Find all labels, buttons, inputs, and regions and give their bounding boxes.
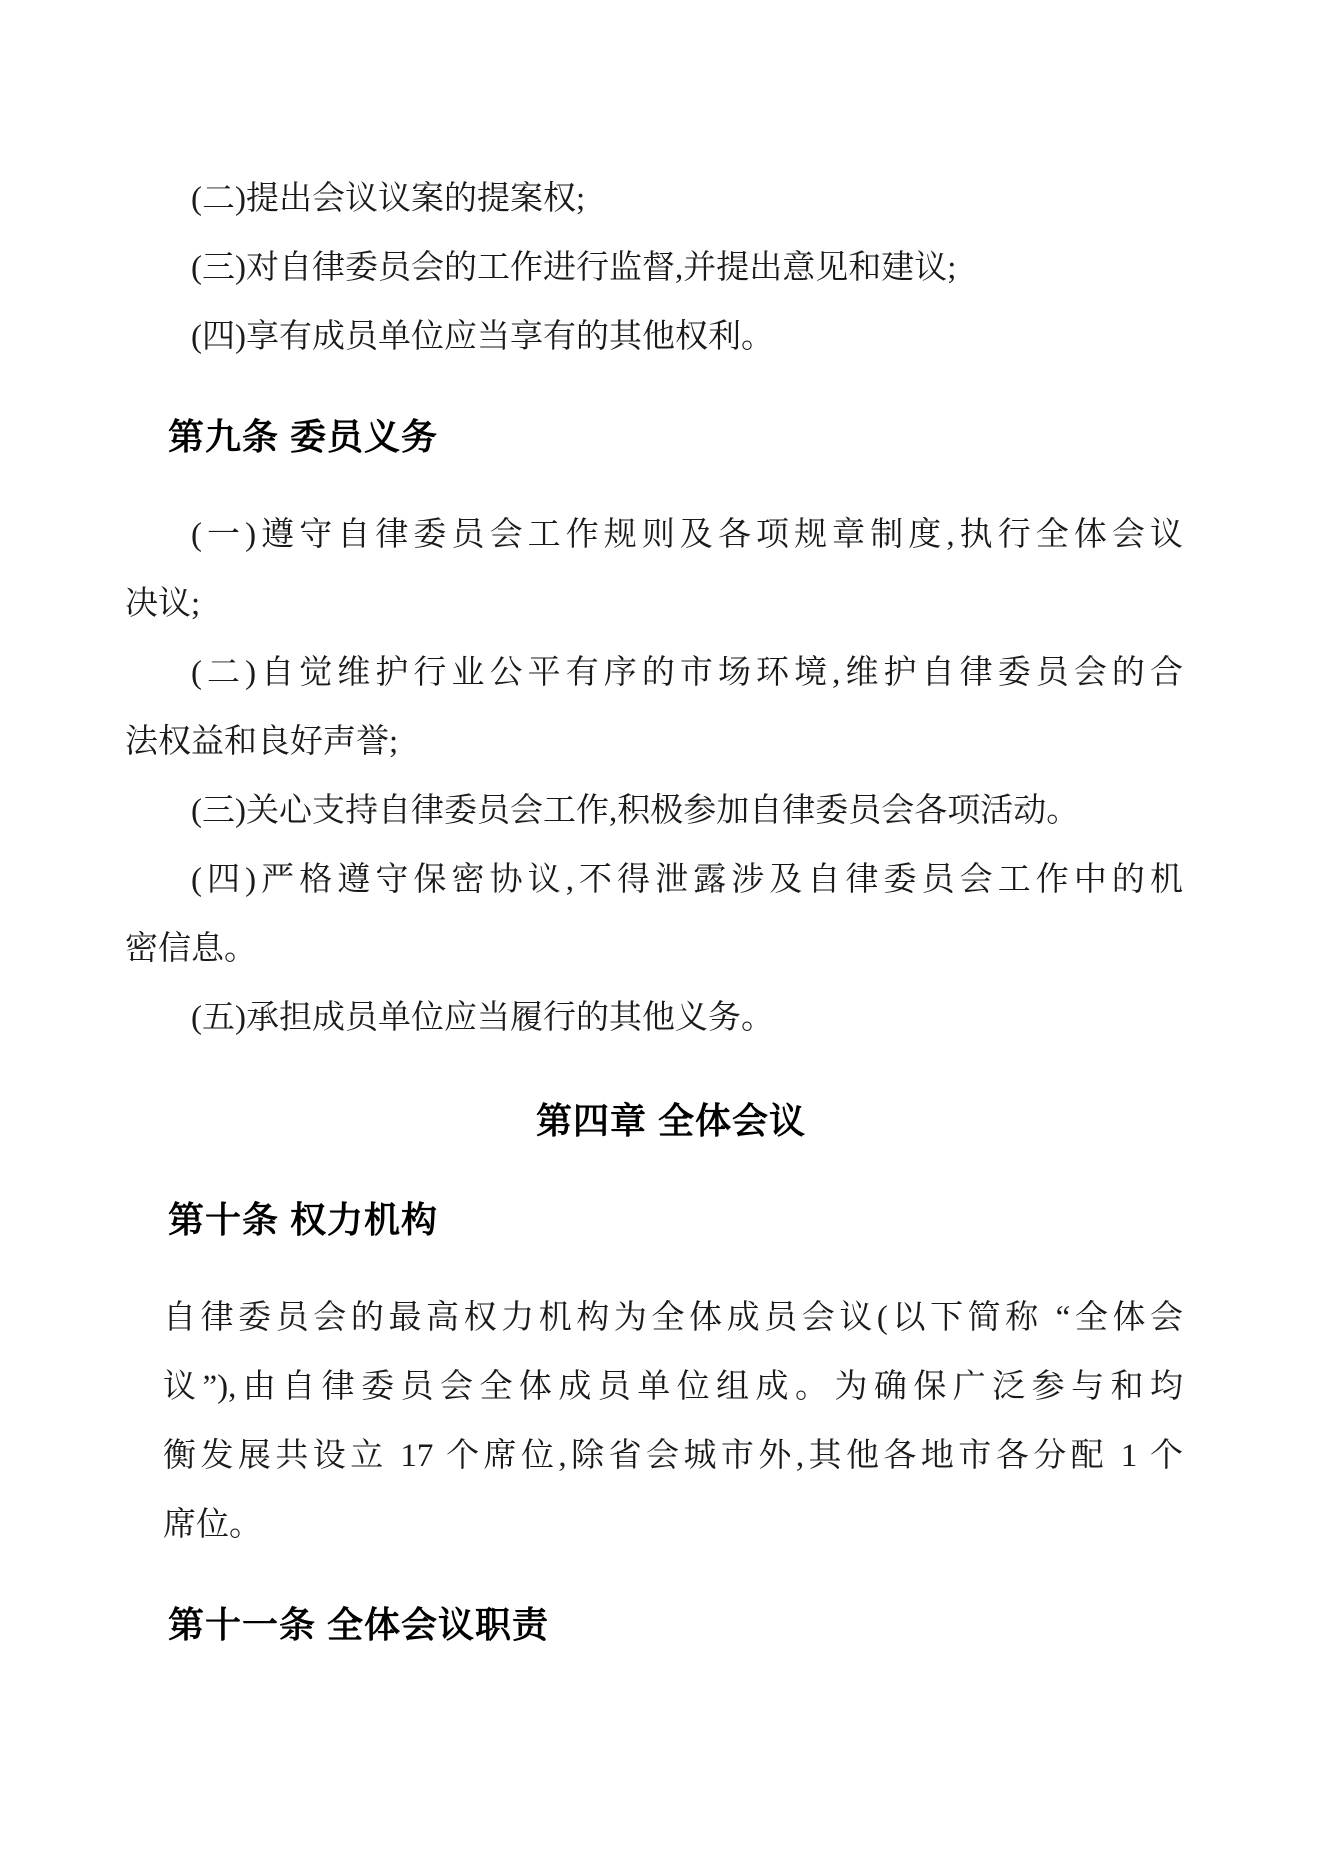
paragraph-line: 自律委员会的最高权力机构为全体成员会议(以下简称 “全体会 [163, 1284, 1183, 1353]
paragraph-line: (三)关心支持自律委员会工作,积极参加自律委员会各项活动。 [125, 777, 1183, 846]
paragraph-line: 法权益和良好声誉; [125, 708, 1183, 777]
paragraph-line: (五)承担成员单位应当履行的其他义务。 [125, 984, 1183, 1053]
paragraph-line: (一)遵守自律委员会工作规则及各项规章制度,执行全体会议 [125, 501, 1183, 570]
paragraph-line: 议”),由自律委员会全体成员单位组成。为确保广泛参与和均 [163, 1353, 1183, 1422]
article-heading: 第十条 权力机构 [168, 1185, 1183, 1254]
paragraph-line: 决议; [125, 570, 1183, 639]
paragraph-line: 密信息。 [125, 915, 1183, 984]
article-heading: 第十一条 全体会议职责 [168, 1590, 1183, 1659]
paragraph-line: (二)提出会议议案的提案权; [125, 165, 1183, 234]
document-page: (二)提出会议议案的提案权; (三)对自律委员会的工作进行监督,并提出意见和建议… [0, 0, 1323, 1871]
document-content: (二)提出会议议案的提案权; (三)对自律委员会的工作进行监督,并提出意见和建议… [0, 0, 1323, 1659]
paragraph-line: 衡发展共设立 17 个席位,除省会城市外,其他各地市各分配 1 个 [163, 1422, 1183, 1491]
paragraph-line: 席位。 [163, 1491, 1183, 1560]
paragraph-line: (三)对自律委员会的工作进行监督,并提出意见和建议; [125, 234, 1183, 303]
article-heading: 第九条 委员义务 [168, 402, 1183, 471]
paragraph-line: (四)严格遵守保密协议,不得泄露涉及自律委员会工作中的机 [125, 846, 1183, 915]
paragraph-line: (二)自觉维护行业公平有序的市场环境,维护自律委员会的合 [125, 639, 1183, 708]
chapter-heading: 第四章 全体会议 [159, 1086, 1183, 1155]
paragraph-line: (四)享有成员单位应当享有的其他权利。 [125, 303, 1183, 372]
